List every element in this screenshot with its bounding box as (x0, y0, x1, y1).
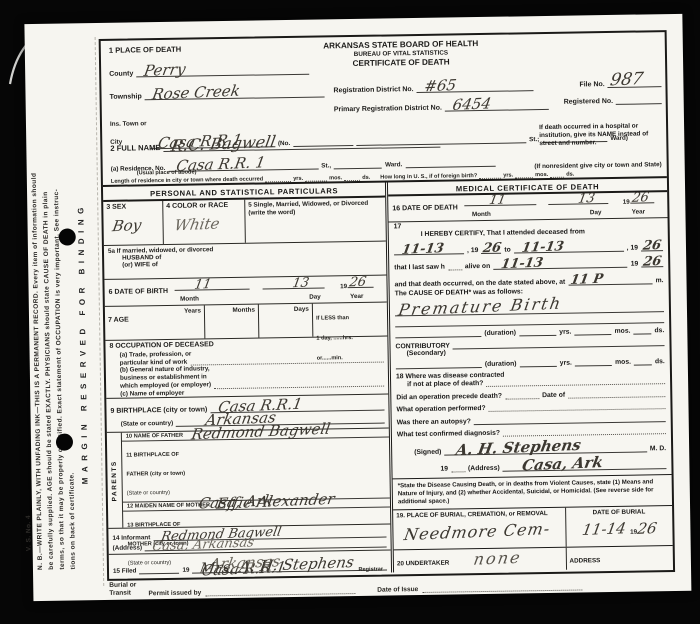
scanned-death-certificate: { "margin": { "vs_no": "V. S. No. 4", "n… (0, 0, 700, 624)
year-label: Year (331, 293, 383, 301)
what-operation-line: What operation performed? (391, 401, 670, 413)
saw-year-value: 26 (642, 255, 662, 269)
saw-date-value: 11-13 (500, 257, 544, 272)
duration1-mos: mos. (615, 327, 631, 334)
sex-cell: 3 SEX Boy (103, 201, 164, 245)
age-less-cell: If LESS than 1 day, ......hrs. or......m… (313, 303, 388, 337)
operation-blank (505, 391, 539, 400)
sex-value: Boy (111, 218, 142, 234)
residence-ward-label: Ward. (385, 161, 402, 168)
death-at-text: and that death occurred, on the date sta… (394, 278, 565, 288)
to-19: , 19 (627, 244, 638, 251)
death-time-value: 11 P (569, 272, 604, 286)
undertaker-address-cell: ADDRESS (566, 546, 673, 570)
month-label: Month (168, 295, 257, 303)
dod-label: 16 DATE OF DEATH (392, 205, 458, 213)
to-year-value: 26 (642, 239, 662, 253)
autopsy-line: Was there an autopsy? (392, 414, 671, 426)
medical-column: MEDICAL CERTIFICATE OF DEATH 16 DATE OF … (388, 178, 673, 572)
howlong-mos-label: mos. (535, 172, 548, 178)
howlong-mos-blank (515, 171, 533, 178)
date-of-issue-label: Date of Issue (377, 586, 418, 594)
filed-label: 15 Filed (113, 567, 137, 574)
personal-column: PERSONAL AND STATISTICAL PARTICULARS 3 S… (103, 182, 394, 576)
address-19-blank (451, 465, 465, 473)
place-of-death-label: 1 PLACE OF DEATH (109, 45, 182, 55)
test-blank (503, 426, 666, 437)
registrar-label: Registrar (358, 567, 383, 573)
to-year-line: 26 (641, 239, 663, 251)
address-19: 19 (440, 466, 448, 473)
parents-block: PARENTS 10 NAME OF FATHER Redmond Bagwel… (107, 428, 390, 528)
form-columns: PERSONAL AND STATISTICAL PARTICULARS 3 S… (103, 178, 673, 577)
parents-label-text: PARENTS (111, 460, 119, 501)
informant-address-label: (Address) (113, 544, 142, 551)
form-number-label: V. S. No. 4 (25, 515, 35, 551)
signed-line: (Signed) A. H. Stephens M. D. (392, 437, 671, 456)
duration1-label: (duration) (484, 329, 516, 336)
signed-address-value-line: Casa, Ark (503, 455, 667, 472)
from-date-line: 11-13 (394, 242, 464, 255)
filed-row: 15 Filed 19 Mrs. A. H. Stephens Registra… (109, 550, 391, 576)
test-label: What test confirmed diagnosis? (397, 430, 500, 439)
to-date-line: 11-13 (514, 240, 624, 254)
what-operation-blank (489, 401, 666, 412)
burial-date-value: 11-14 (581, 521, 627, 538)
signed-address-line: 19 (Address) Casa, Ark (392, 455, 671, 473)
age-months-label: Months (232, 307, 254, 314)
township-value-line: Rose Creek (145, 83, 325, 100)
dod-month-value: 11 (488, 194, 507, 208)
punch-hole-top (59, 228, 76, 245)
dod-month-seg: 11 Month (458, 192, 543, 218)
age-days-label: Days (294, 306, 309, 313)
death-time-line: 11 P (568, 272, 653, 285)
dob-year-line: 26 (347, 276, 373, 288)
duration1-ds: ds. (654, 327, 664, 334)
father-birthplace-label-2: FATHER (city or town) (126, 471, 185, 478)
township-value: Rose Creek (151, 84, 241, 103)
burial-place-value: Needmore Cem- (403, 521, 552, 543)
length-yrs-blank (265, 175, 291, 182)
autopsy-blank (474, 414, 666, 425)
duration2-ds-blank (634, 358, 652, 366)
duration1-ds-blank (633, 326, 651, 334)
form-header: 1 PLACE OF DEATH ARKANSAS STATE BOARD OF… (101, 32, 667, 187)
registration-district-value: #65 (423, 78, 457, 94)
undertaker-label: 20 UNDERTAKER (397, 560, 449, 568)
dod-month-label: Month (458, 210, 543, 218)
undertaker-address-label: ADDRESS (569, 557, 600, 564)
burial-or-text: Burial or (109, 581, 136, 588)
operation-date-blank (568, 389, 665, 399)
duration2-mos-blank (575, 358, 612, 367)
duration1-yrs: yrs. (559, 328, 571, 335)
margin-note-line4: tions on back of certificate. (68, 472, 79, 569)
dob-year-seg: 1926 Year (330, 275, 382, 301)
burial-or-transit-label: Burial or Transit (109, 581, 136, 597)
saw-pronoun-blank (448, 263, 462, 271)
saw-19: 19 (631, 261, 639, 268)
duration1-mos-blank (574, 327, 611, 336)
registration-district-value-line: #65 (416, 78, 533, 93)
to-word: to (504, 246, 511, 253)
burial-place-cell: 19. PLACE OF BURIAL, CREMATION, or REMOV… (393, 508, 566, 550)
secondary-label: (Secondary) (407, 349, 446, 357)
saw-prefix: that I last saw h (394, 264, 445, 272)
undertaker-cell: 20 UNDERTAKER none (394, 548, 567, 573)
full-name-label: 2 FULL NAME (110, 143, 160, 153)
county-value: Perry (143, 62, 187, 79)
county-value-line: Perry (136, 62, 309, 78)
filed-date-blank (139, 566, 179, 575)
what-operation-label: What operation performed? (396, 405, 485, 413)
permit-issued-blank (205, 585, 355, 596)
to-date-value: 11-13 (521, 240, 565, 255)
registration-district-line: Registration District No. #65 (333, 78, 533, 94)
parents-side-label: PARENTS (107, 433, 123, 528)
dod-month-line: 11 (464, 193, 536, 206)
informant-address-value: Casa, Arkansas (152, 536, 256, 553)
where-label-2: if not at place of death? (407, 380, 483, 388)
registration-district-label: Registration District No. (333, 86, 413, 94)
operation-label: Did an operation precede death? (396, 392, 502, 401)
dob-month-value: 11 (193, 278, 212, 292)
age-less-line1: If LESS than (316, 315, 349, 322)
day-label: Day (257, 293, 331, 301)
race-cell: 4 COLOR or RACE White (163, 200, 246, 244)
age-label: 7 AGE (108, 317, 129, 324)
signed-label: (Signed) (414, 449, 441, 456)
father-birthplace-label-1: 11 BIRTHPLACE OF (126, 452, 179, 459)
birthplace-state-label: (State or country) (121, 420, 174, 428)
dob-day-seg: 13 Day (256, 275, 330, 301)
file-no-label: File No. (579, 81, 604, 88)
howlong-ds-label: ds. (566, 172, 574, 178)
signed-address-value: Casa, Ark (521, 455, 604, 473)
city-label-line1: Ins. Town or (110, 120, 147, 128)
race-label: 4 COLOR or RACE (166, 202, 241, 210)
attended-dates-line: 11-13 , 19 26 to 11-13 , 19 26 (389, 239, 668, 255)
father-name-label: 10 NAME OF FATHER (126, 433, 183, 440)
length-mos-blank (305, 174, 327, 181)
certificate-form: 1 PLACE OF DEATH ARKANSAS STATE BOARD OF… (99, 30, 675, 581)
certify-text: I HEREBY CERTIFY, That I attended deceas… (421, 229, 585, 239)
dod-year-line: 26 (630, 192, 654, 204)
dod-day-value: 13 (577, 192, 596, 206)
burial-date-cell: DATE OF BURIAL 11-14 1926 (566, 506, 673, 547)
undertaker-value: none (472, 550, 523, 568)
hospital-note: If death occurred in a hospital or insti… (539, 122, 661, 148)
st-semi-label: St.; (529, 136, 539, 143)
mother-name-value: Effie Alexander (215, 491, 335, 511)
dob-year-value: 26 (348, 276, 367, 290)
full-name-value: R.C. Bagwell (170, 134, 277, 154)
marital-label: 5 Single, Married, Widowed, or Divorced … (248, 200, 382, 218)
sex-race-marital-row: 3 SEX Boy 4 COLOR or RACE White 5 Single… (103, 198, 386, 246)
operation-line: Did an operation precede death? Date of (391, 389, 670, 401)
signed-address-label: (Address) (468, 465, 500, 472)
county-line: County Perry (109, 62, 309, 78)
county-label: County (109, 70, 133, 77)
age-row: 7 AGE Years Months Days If LESS than 1 d… (105, 303, 387, 341)
file-no-value-line: 987 (608, 72, 662, 88)
filed-19: 19 (182, 567, 189, 574)
certificate-paper: V. S. No. 4 N. B.—WRITE PLAINLY, WITH UN… (24, 14, 691, 601)
parents-rows: 10 NAME OF FATHER Redmond Bagwell 11 BIR… (122, 428, 390, 527)
duration2-mos: mos. (615, 359, 631, 366)
age-days-cell: Days (259, 304, 314, 338)
test-line: What test confirmed diagnosis? (392, 426, 671, 438)
howlong-ds-blank (550, 171, 564, 178)
race-value: White (173, 217, 221, 234)
residence-st-blank (334, 161, 382, 170)
duration1-blank (395, 329, 481, 338)
dob-day-value: 13 (291, 276, 310, 290)
from-year-value: 26 (482, 241, 502, 255)
age-years-label: Years (184, 307, 201, 314)
duration2-yrs: yrs. (560, 360, 572, 367)
length-ds-label: ds. (362, 175, 370, 181)
last-saw-line: that I last saw h alive on 11-13 19 26 (389, 255, 668, 271)
age-years-cell: Years (151, 305, 206, 339)
burial-date-label: DATE OF BURIAL (569, 508, 669, 517)
from-year-line: 26 (481, 241, 501, 253)
saw-year-line: 26 (641, 255, 663, 267)
transit-text: Transit (109, 589, 131, 596)
dod-day-seg: 13 Day (542, 191, 613, 217)
duration2-yrs-blank (519, 359, 556, 368)
violent-causes-note: *State the Disease Causing Death, or in … (393, 474, 672, 509)
burial-row: 19. PLACE OF BURIAL, CREMATION, or REMOV… (393, 505, 673, 550)
howlong-yrs-label: yrs. (503, 173, 513, 179)
howlong-yrs-blank (479, 172, 501, 179)
binding-margin-label: MARGIN RESERVED FOR BINDING (76, 202, 89, 484)
residence-ward-blank (405, 159, 495, 168)
age-label-cell: 7 AGE (105, 306, 152, 340)
length-note: Length of residence in city or town wher… (111, 176, 263, 184)
dob-month-seg: 11 Month (168, 277, 257, 303)
abode-note: (Usual place of abode) (137, 169, 197, 176)
occupation-row: 8 OCCUPATION OF DECEASED (a) Trade, prof… (105, 337, 388, 399)
md-label: M. D. (650, 445, 666, 452)
signed-signature-line: A. H. Stephens (444, 438, 647, 456)
father-birthplace-label: 11 BIRTHPLACE OF FATHER (city or town) (… (126, 442, 186, 500)
date-of-issue-blank (422, 581, 582, 593)
length-mos-label: mos. (329, 175, 342, 181)
filed-signature: Mrs. A. H. Stephens (199, 555, 356, 576)
punch-hole-bottom (56, 433, 73, 450)
father-state-country: (State or country) (127, 490, 170, 497)
undertaker-row: 20 UNDERTAKER none ADDRESS (394, 546, 673, 572)
age-months-cell: Months (205, 305, 260, 339)
burial-place-label: 19. PLACE OF BURIAL, CREMATION, or REMOV… (396, 510, 562, 520)
duration-line-1: (duration) yrs. mos. ds. (390, 326, 669, 338)
dod-year-label: Year (613, 208, 663, 216)
dod-day-label: Day (543, 209, 614, 217)
alive-on: alive on (465, 263, 490, 270)
township-line: Township Rose Creek (109, 83, 324, 100)
file-no-line: File No. 987 (579, 72, 661, 88)
duration2-label: (duration) (485, 361, 517, 368)
permit-issued-label: Permit issued by (148, 589, 201, 597)
dod-year-value: 26 (631, 191, 650, 205)
where-blank (486, 376, 665, 387)
duration2-ds: ds. (655, 358, 665, 365)
sex-label: 3 SEX (106, 203, 159, 211)
howlong-note: How long in U. S., if of foreign birth? (380, 173, 477, 181)
township-label: Township (110, 93, 142, 101)
agency-titles: ARKANSAS STATE BOARD OF HEALTH BUREAU OF… (276, 38, 526, 70)
certification-block: 17 I HEREBY CERTIFY, That I attended dec… (389, 218, 672, 509)
dod-day-line: 13 (548, 192, 608, 205)
length-ds-blank (344, 174, 360, 181)
burial-date-group: 11-14 1926 (582, 520, 656, 539)
file-no-value: 987 (609, 71, 645, 89)
duration1-yrs-blank (519, 328, 556, 337)
date-of-label: Date of (542, 391, 565, 398)
duration2-blank (396, 360, 482, 369)
full-name-value-line: R.C. Bagwell (163, 132, 440, 152)
saw-date-line: 11-13 (493, 256, 628, 270)
dob-month-line: 11 (174, 278, 250, 291)
dod-year-seg: 1926 Year (613, 190, 663, 216)
from-date-value: 11-13 (401, 242, 445, 257)
dob-day-line: 13 (262, 276, 325, 289)
burial-year-value: 26 (636, 521, 658, 537)
residence-st-label: St., (321, 162, 331, 169)
informant-address-line: Casa, Arkansas (145, 538, 387, 552)
dob-label: 6 DATE OF BIRTH (109, 288, 168, 296)
duration-line-2: (duration) yrs. mos. ds. (391, 357, 670, 369)
m-suffix: m. (656, 277, 664, 284)
autopsy-label: Was there an autopsy? (397, 418, 471, 426)
from-19: , 19 (467, 247, 478, 254)
marital-cell: 5 Single, Married, Widowed, or Divorced … (245, 198, 386, 243)
length-yrs-label: yrs. (293, 176, 303, 182)
